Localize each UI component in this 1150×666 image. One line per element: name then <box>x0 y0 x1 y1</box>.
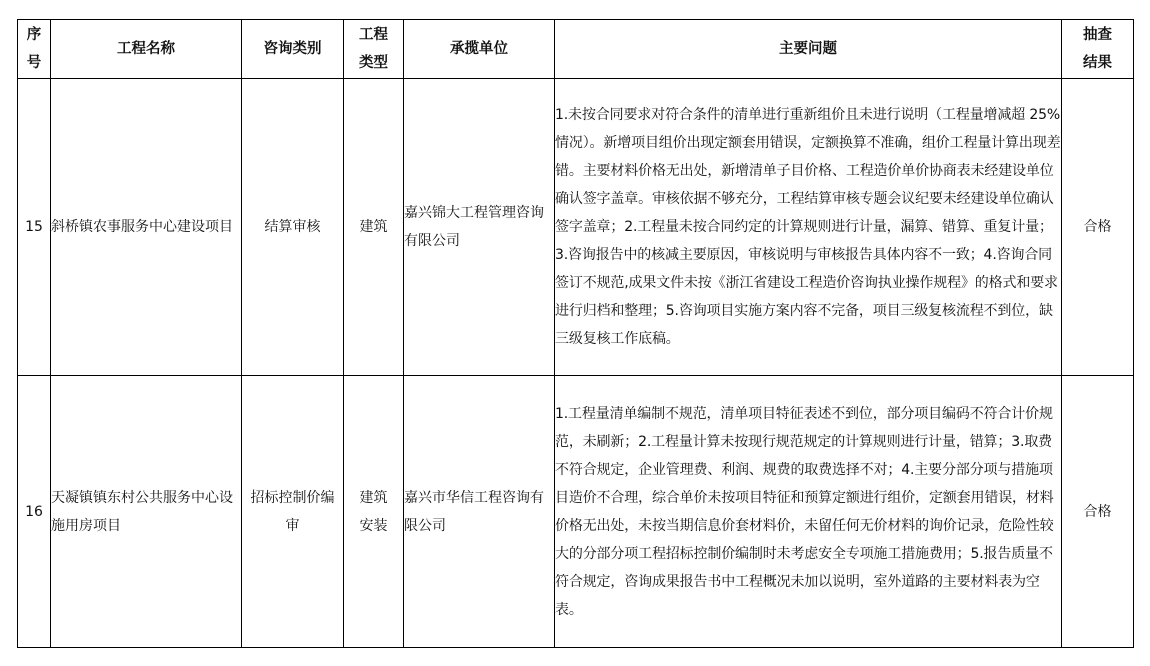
cell-project-type: 建筑安装 <box>344 376 404 648</box>
header-consult-category: 咨询类别 <box>242 20 344 79</box>
cell-consult-category: 招标控制价编审 <box>242 376 344 648</box>
cell-contractor: 嘉兴锦大工程管理咨询有限公司 <box>404 79 555 376</box>
inspection-results-table: 序 号 工程名称 咨询类别 工程 类型 承揽单位 主要问题 抽查 结果 15 斜… <box>17 19 1134 648</box>
header-seq-line1: 序 <box>18 21 50 49</box>
cell-seq: 16 <box>18 376 51 648</box>
cell-project-name: 天凝镇镇东村公共服务中心设施用房项目 <box>51 376 242 648</box>
header-seq: 序 号 <box>18 20 51 79</box>
cell-result: 合格 <box>1062 79 1134 376</box>
header-seq-line2: 号 <box>18 49 50 77</box>
cell-result: 合格 <box>1062 376 1134 648</box>
header-result-line1: 抽查 <box>1062 21 1133 49</box>
table-row: 15 斜桥镇农事服务中心建设项目 结算审核 建筑 嘉兴锦大工程管理咨询有限公司 … <box>18 79 1134 376</box>
header-project-type-line2: 类型 <box>344 49 403 77</box>
header-result: 抽查 结果 <box>1062 20 1134 79</box>
header-project-type-line1: 工程 <box>344 21 403 49</box>
table-header-row: 序 号 工程名称 咨询类别 工程 类型 承揽单位 主要问题 抽查 结果 <box>18 20 1134 79</box>
cell-main-issues: 1.未按合同要求对符合条件的清单进行重新组价且未进行说明（工程量增减超 25%情… <box>555 79 1062 376</box>
cell-project-name: 斜桥镇农事服务中心建设项目 <box>51 79 242 376</box>
cell-main-issues: 1.工程量清单编制不规范，清单项目特征表述不到位，部分项目编码不符合计价规范，未… <box>555 376 1062 648</box>
header-project-type: 工程 类型 <box>344 20 404 79</box>
header-contractor: 承揽单位 <box>404 20 555 79</box>
cell-project-type: 建筑 <box>344 79 404 376</box>
cell-consult-category: 结算审核 <box>242 79 344 376</box>
table-row: 16 天凝镇镇东村公共服务中心设施用房项目 招标控制价编审 建筑安装 嘉兴市华信… <box>18 376 1134 648</box>
cell-seq: 15 <box>18 79 51 376</box>
header-main-issues: 主要问题 <box>555 20 1062 79</box>
header-project-name: 工程名称 <box>51 20 242 79</box>
cell-contractor: 嘉兴市华信工程咨询有限公司 <box>404 376 555 648</box>
header-result-line2: 结果 <box>1062 49 1133 77</box>
